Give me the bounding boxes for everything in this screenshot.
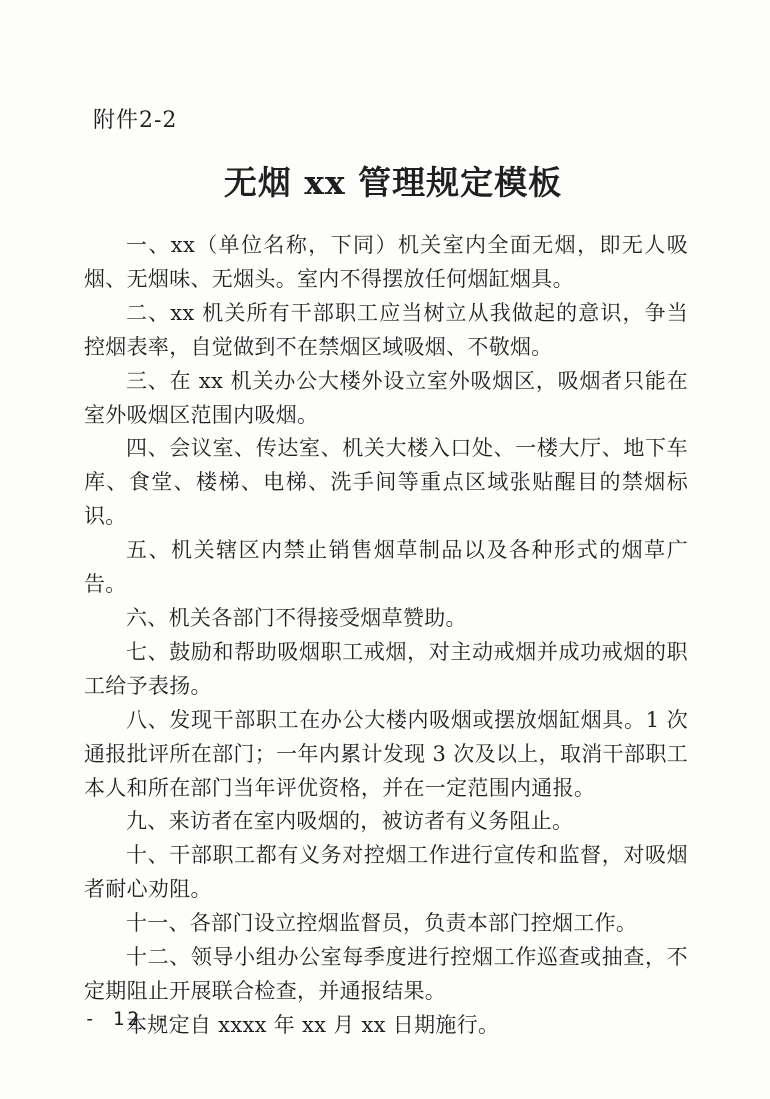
page-number: - 12 -: [84, 1008, 171, 1030]
paragraph: 一、xx（单位名称，下同）机关室内全面无烟，即无人吸烟、无烟味、无烟头。室内不得…: [84, 229, 688, 297]
attachment-label: 附件2-2: [93, 103, 177, 134]
paragraph: 九、来访者在室内吸烟的，被访者有义务阻止。: [84, 805, 688, 839]
paragraph: 四、会议室、传达室、机关大楼入口处、一楼大厅、地下车库、食堂、楼梯、电梯、洗手间…: [84, 432, 688, 534]
paragraph: 二、xx 机关所有干部职工应当树立从我做起的意识，争当控烟表率，自觉做到不在禁烟…: [84, 297, 688, 365]
paragraph: 五、机关辖区内禁止销售烟草制品以及各种形式的烟草广告。: [84, 534, 688, 602]
closing-line: 本规定自 xxxx 年 xx 月 xx 日期施行。: [84, 1009, 688, 1043]
paragraph: 六、机关各部门不得接受烟草赞助。: [84, 602, 688, 636]
paragraph: 三、在 xx 机关办公大楼外设立室外吸烟区，吸烟者只能在室外吸烟区范围内吸烟。: [84, 365, 688, 433]
paragraph: 十一、各部门设立控烟监督员，负责本部门控烟工作。: [84, 907, 688, 941]
paragraph: 十、干部职工都有义务对控烟工作进行宣传和监督，对吸烟者耐心劝阻。: [84, 839, 688, 907]
document-title: 无烟 xx 管理规定模板: [8, 157, 770, 204]
document-body: 一、xx（单位名称，下同）机关室内全面无烟，即无人吸烟、无烟味、无烟头。室内不得…: [84, 229, 688, 1043]
paragraph: 八、发现干部职工在办公大楼内吸烟或摆放烟缸烟具。1 次通报批评所在部门；一年内累…: [84, 704, 688, 806]
scanned-document-page: 附件2-2 无烟 xx 管理规定模板 一、xx（单位名称，下同）机关室内全面无烟…: [0, 0, 770, 1099]
paragraph: 七、鼓励和帮助吸烟职工戒烟，对主动戒烟并成功戒烟的职工给予表扬。: [84, 636, 688, 704]
paragraph: 十二、领导小组办公室每季度进行控烟工作巡查或抽查，不定期阻止开展联合检查，并通报…: [84, 941, 688, 1009]
